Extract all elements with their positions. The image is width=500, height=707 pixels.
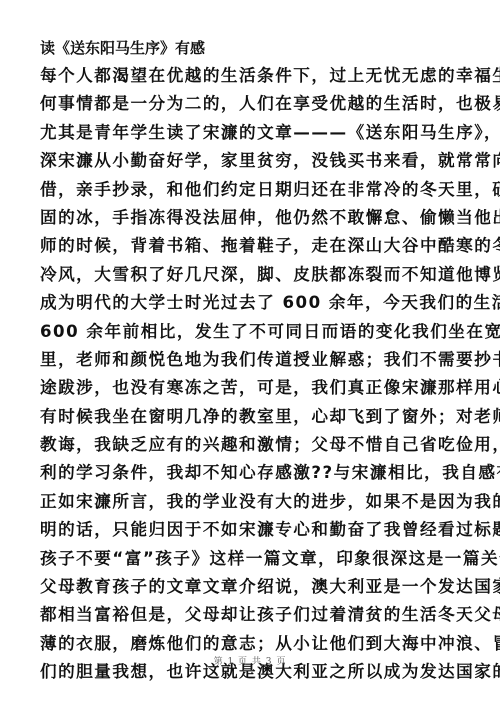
body-line: 每个人都渴望在优越的生活条件下，过上无忧无虑的幸福生活但是，任	[40, 62, 460, 90]
body-line: 师的时候，背着书箱、拖着鞋子，走在深山大谷中酷寒的冬天、凛冽的	[40, 232, 460, 260]
body-line: 正如宋濂所言，我的学业没有大的进步，如果不是因为我的天资不够聪	[40, 488, 460, 516]
body-line: 明的话，只能归因于不如宋濂专心和勤奋了我曾经看过标题为《要“穷”	[40, 516, 460, 544]
body-line: 尤其是青年学生读了宋濂的文章———《送东阳马生序》，我对此感受尤	[40, 119, 460, 147]
document-body: 每个人都渴望在优越的生活条件下，过上无忧无虑的幸福生活但是，任 何事情都是一分为…	[40, 62, 460, 687]
body-line: 利的学习条件，我却不知心存感激??与宋濂相比，我自感有相当的距离	[40, 459, 460, 487]
body-line: 教诲，我缺乏应有的兴趣和激情；父母不惜自己省吃俭用，为我提供便	[40, 431, 460, 459]
body-line: 何事情都是一分为二的，人们在享受优越的生活时，也极易养成惰性，	[40, 90, 460, 118]
body-line: 途跋涉，也没有寒冻之苦，可是，我们真正像宋濂那样用心求学了吗？	[40, 374, 460, 402]
body-line: 有时候我坐在窗明几净的教室里，心却飞到了窗外；对老师苦口婆心的	[40, 403, 460, 431]
body-line: 固的冰，手指冻得没法屈伸，他仍然不敢懈怠、偷懒当他出外去追随老	[40, 204, 460, 232]
body-line: 都相当富裕但是，父母却让孩子们过着清贫的生活冬天父母让孩子穿很	[40, 601, 460, 629]
body-line: 里，老师和颜悦色地为我们传道授业解惑；我们不需要抄书、不需要长	[40, 346, 460, 374]
document-page: 读《送东阳马生序》有感 每个人都渴望在优越的生活条件下，过上无忧无虑的幸福生活但…	[0, 0, 500, 707]
document-title: 读《送东阳马生序》有感	[40, 36, 205, 60]
body-line: 父母教育孩子的文章文章介绍说，澳大利亚是一个发达国家，每个家庭	[40, 573, 460, 601]
body-line: 600 余年前相比，发生了不可同日而语的变化我们坐在宽敞明亮的教室	[40, 318, 460, 346]
body-line: 借，亲手抄录，和他们约定日期归还在非常冷的冬天里，砚台都结了坚	[40, 176, 460, 204]
page-indicator: 第 1 页 共 3 页	[0, 654, 500, 667]
body-line: 冷风，大雪积了好几尺深，脚、皮肤都冻裂而不知道他博览群书，最终	[40, 261, 460, 289]
body-line: 深宋濂从小勤奋好学，家里贫穷，没钱买书来看，就常常向藏收的人家	[40, 147, 460, 175]
body-line: 孩子不要“富”孩子》这样一篇文章，印象很深这是一篇关于澳大利亚	[40, 545, 460, 573]
body-line: 成为明代的大学士时光过去了 600 余年，今天我们的生活、学习条件与	[40, 289, 460, 317]
